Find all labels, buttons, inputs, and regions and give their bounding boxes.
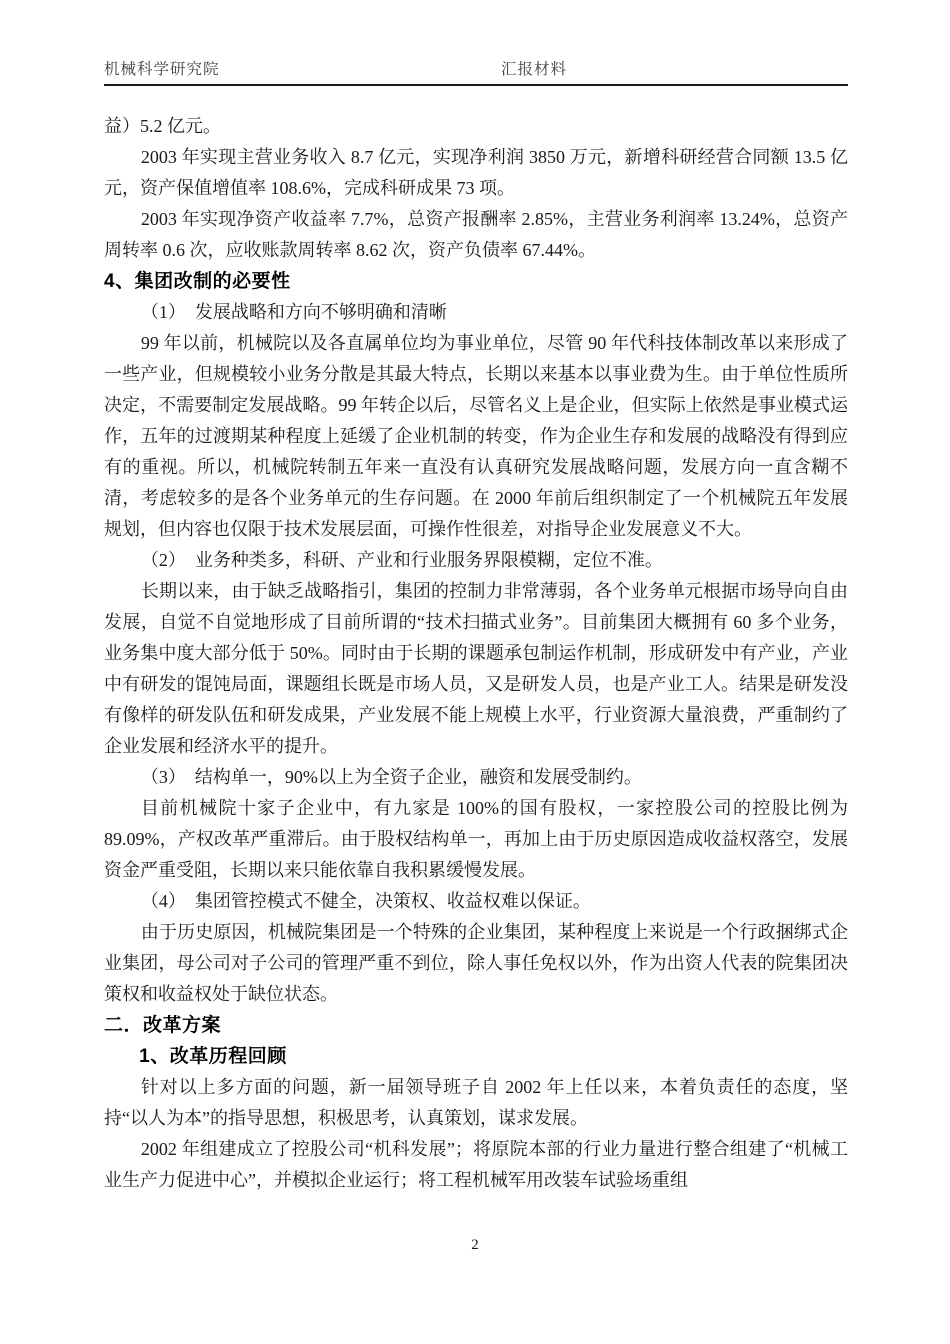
subitem-1-body: 99 年以前，机械院以及各直属单位均为事业单位，尽管 90 年代科技体制改革以来… (104, 328, 848, 545)
section-heading-reform-history: 1、改革历程回顾 (104, 1041, 848, 1072)
paragraph-2003-ratios: 2003 年实现净资产收益率 7.7%，总资产报酬率 2.85%，主营业务利润率… (104, 204, 848, 266)
chapter-heading-2: 二．改革方案 (104, 1010, 848, 1041)
subitem-2-heading: （2） 业务种类多，科研、产业和行业服务界限模糊，定位不准。 (104, 545, 848, 576)
paragraph-2002-actions: 2002 年组建成立了控股公司“机科发展”；将原院本部的行业力量进行整合组建了“… (104, 1134, 848, 1196)
page-footer: 2 (0, 1237, 950, 1254)
subitem-3-heading: （3） 结构单一，90%以上为全资子企业，融资和发展受制约。 (104, 762, 848, 793)
header-doc-type: 汇报材料 (501, 57, 567, 79)
subitem-4-body: 由于历史原因，机械院集团是一个特殊的企业集团，某种程度上来说是一个行政捆绑式企业… (104, 917, 848, 1010)
subitem-4-heading: （4） 集团管控模式不健全，决策权、收益权难以保证。 (104, 886, 848, 917)
paragraph-new-leadership: 针对以上多方面的问题，新一届领导班子自 2002 年上任以来，本着负责任的态度，… (104, 1072, 848, 1134)
paragraph-continuation: 益）5.2 亿元。 (104, 111, 848, 142)
page-number: 2 (471, 1237, 479, 1253)
header-organization: 机械科学研究院 (104, 57, 220, 79)
page-header: 机械科学研究院 汇报材料 (104, 56, 848, 86)
document-page: 机械科学研究院 汇报材料 益）5.2 亿元。2003 年实现主营业务收入 8.7… (0, 0, 950, 1344)
document-body: 益）5.2 亿元。2003 年实现主营业务收入 8.7 亿元，实现净利润 385… (104, 111, 848, 1196)
subitem-3-body: 目前机械院十家子企业中，有九家是 100%的国有股权，一家控股公司的控股比例为 … (104, 793, 848, 886)
section-heading-4: 4、集团改制的必要性 (104, 266, 848, 297)
subitem-2-body: 长期以来，由于缺乏战略指引，集团的控制力非常薄弱，各个业务单元根据市场导向自由发… (104, 576, 848, 762)
subitem-1-heading: （1） 发展战略和方向不够明确和清晰 (104, 297, 848, 328)
paragraph-2003-revenue: 2003 年实现主营业务收入 8.7 亿元，实现净利润 3850 万元，新增科研… (104, 142, 848, 204)
